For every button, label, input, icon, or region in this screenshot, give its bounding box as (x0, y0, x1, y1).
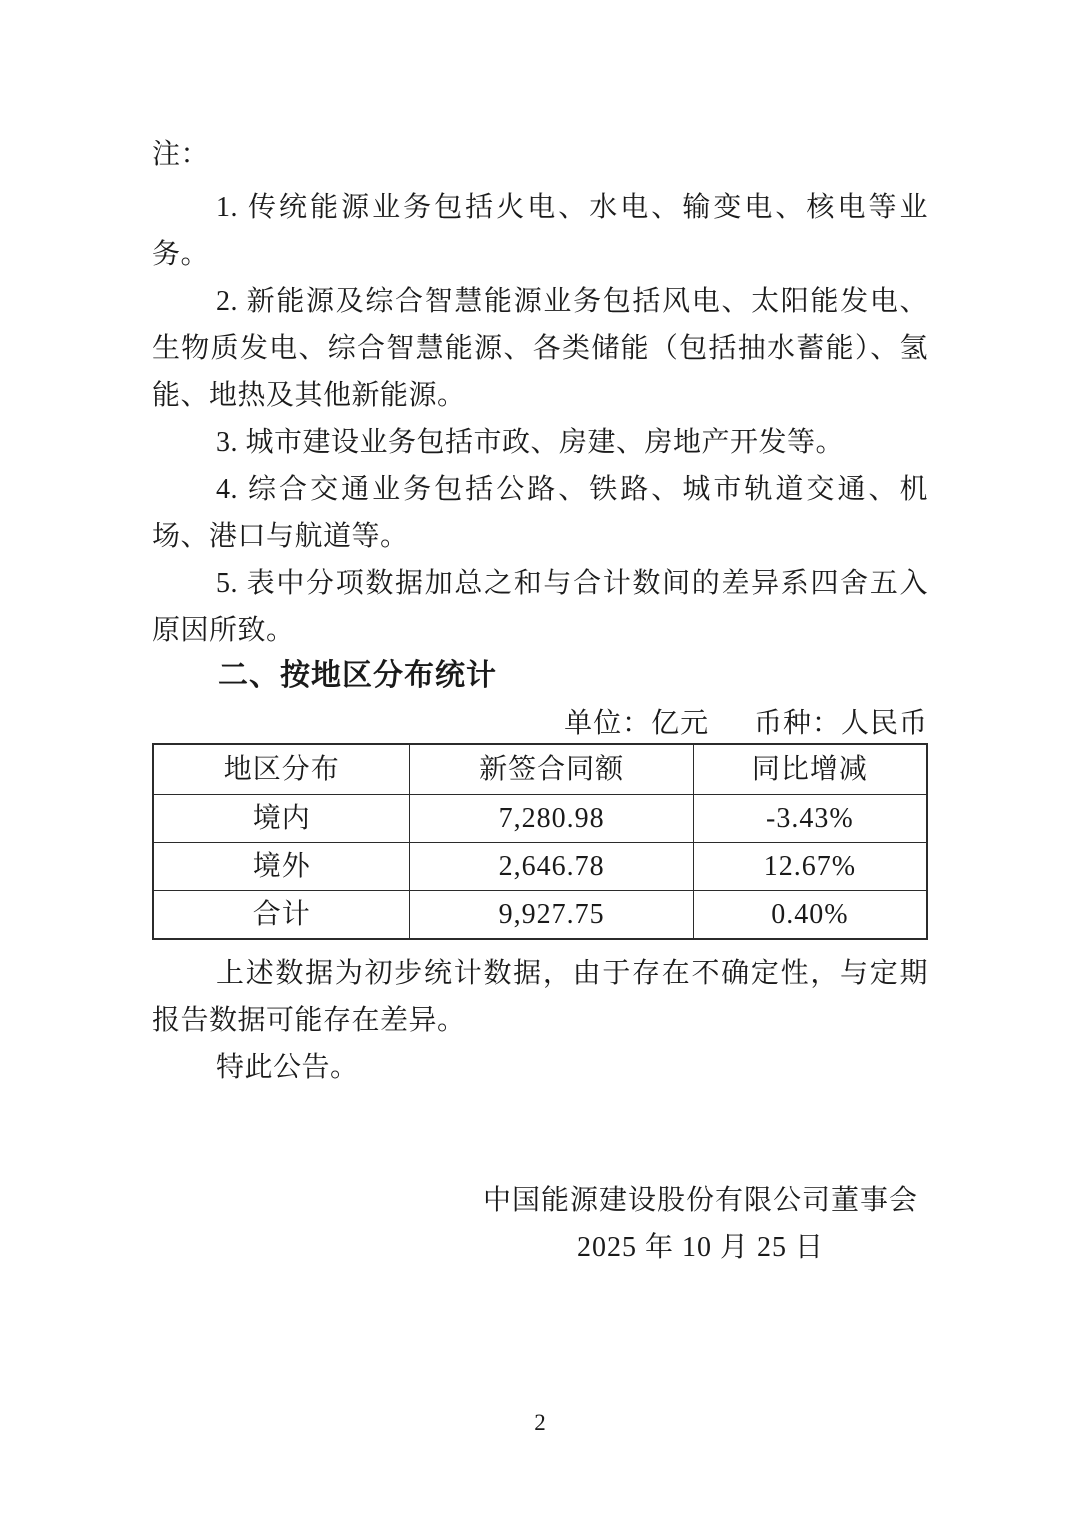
table-row: 境内 7,280.98 -3.43% (153, 794, 927, 842)
table-row: 合计 9,927.75 0.40% (153, 890, 927, 939)
unit-label: 单位：亿元 (564, 708, 709, 739)
note-item: 2. 新能源及综合智慧能源业务包括风电、太阳能发电、生物质发电、综合智慧能源、各… (152, 278, 928, 419)
note-item: 1. 传统能源业务包括火电、水电、输变电、核电等业务。 (152, 184, 928, 278)
currency-label: 币种：人民币 (754, 708, 928, 739)
header-region: 地区分布 (153, 744, 410, 794)
table-header-row: 地区分布 新签合同额 同比增减 (153, 744, 927, 794)
section-heading: 二、按地区分布统计 (152, 656, 928, 696)
company-signature: 中国能源建设股份有限公司董事会 (483, 1177, 918, 1224)
disclaimer-text: 上述数据为初步统计数据，由于存在不确定性，与定期报告数据可能存在差异。 (152, 950, 928, 1044)
cell-amount: 9,927.75 (410, 890, 693, 939)
cell-change: 12.67% (693, 842, 927, 890)
cell-region: 合计 (153, 890, 410, 939)
document-page: 注： 1. 传统能源业务包括火电、水电、输变电、核电等业务。 2. 新能源及综合… (0, 0, 1080, 1527)
page-number: 2 (0, 1408, 1080, 1438)
note-item: 4. 综合交通业务包括公路、铁路、城市轨道交通、机场、港口与航道等。 (152, 466, 928, 560)
notes-label: 注： (152, 131, 928, 178)
cell-amount: 7,280.98 (410, 794, 693, 842)
region-distribution-table: 地区分布 新签合同额 同比增减 境内 7,280.98 -3.43% 境外 2,… (152, 743, 928, 940)
cell-change: 0.40% (693, 890, 927, 939)
cell-change: -3.43% (693, 794, 927, 842)
cell-region: 境外 (153, 842, 410, 890)
table-caption: 单位：亿元币种：人民币 (152, 705, 928, 743)
note-item: 5. 表中分项数据加总之和与合计数间的差异系四舍五入原因所致。 (152, 560, 928, 654)
header-new-contract-amount: 新签合同额 (410, 744, 693, 794)
cell-amount: 2,646.78 (410, 842, 693, 890)
note-item: 3. 城市建设业务包括市政、房建、房地产开发等。 (152, 419, 928, 466)
cell-region: 境内 (153, 794, 410, 842)
table-row: 境外 2,646.78 12.67% (153, 842, 927, 890)
header-yoy-change: 同比增减 (693, 744, 927, 794)
notes-section: 注： 1. 传统能源业务包括火电、水电、输变电、核电等业务。 2. 新能源及综合… (152, 131, 928, 654)
signature-block: 中国能源建设股份有限公司董事会 2025 年 10 月 25 日 (483, 1177, 918, 1271)
signature-date: 2025 年 10 月 25 日 (483, 1224, 918, 1271)
announcement-text: 特此公告。 (152, 1044, 928, 1091)
